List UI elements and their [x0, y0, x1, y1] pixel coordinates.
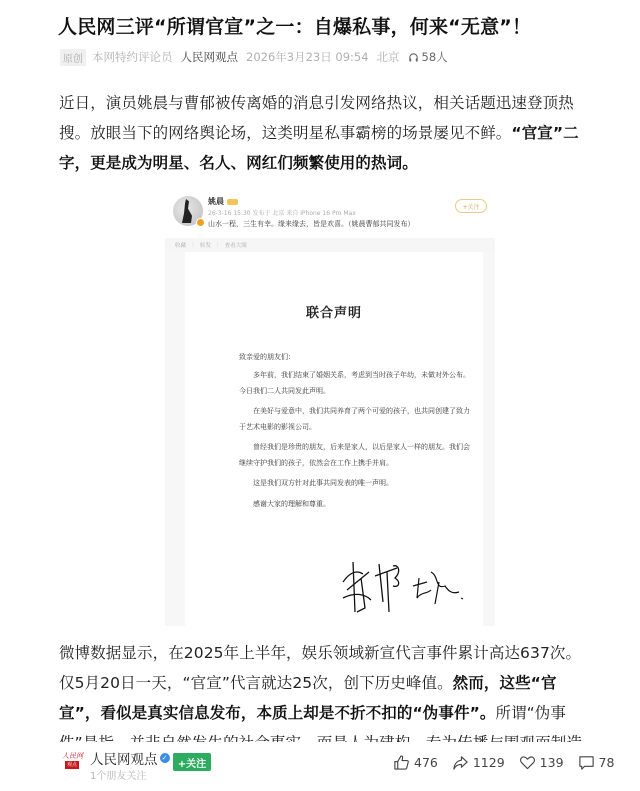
member-level-icon [227, 199, 238, 205]
statement-paragraph: 这是我们双方针对此事共同发表的唯一声明。 [239, 476, 475, 492]
paragraph-text: 近日，演员姚晨与曹郁被传离婚的消息引发网络热议，相关话题迅速登顶热搜。放眼当下的… [59, 94, 574, 142]
statement-paragraph: 曾经我们是珍贵的朋友，后来是家人，以后是家人一样的朋友。我们会继续守护我们的孩子… [239, 440, 475, 471]
listener-count: 58人 [422, 49, 448, 65]
publish-datetime: 2026年3月23日 09:54 [246, 49, 369, 65]
logo-text: 人民网 [62, 752, 82, 761]
account-name-text: 人民网观点 [90, 748, 158, 768]
favorite-count: 139 [540, 755, 564, 770]
like-count: 476 [414, 755, 438, 770]
article-paragraph-container: 微博数据显示，在2025年上半年，娱乐领域新宣代言事件累计高达637次。仅5月2… [0, 634, 640, 742]
verified-badge-icon [196, 218, 205, 227]
share-count: 1129 [473, 755, 505, 770]
weibo-follow-button: +关注 [455, 199, 487, 213]
statement-paragraph: 感谢大家的理解和尊重。 [239, 497, 475, 513]
author-link[interactable]: 人民网观点 [181, 49, 239, 65]
like-button[interactable]: 476 [393, 754, 438, 771]
thumbs-up-icon [393, 754, 410, 771]
view-large-action: 查看大图 [225, 241, 247, 249]
author-action-bar: 人民网 观点 人民网观点 ✓ 1个朋友关注 +关注 476 1129 139 7… [0, 742, 640, 791]
engagement-stats: 476 1129 139 78 [393, 754, 628, 771]
publish-location: 北京 [377, 49, 400, 65]
statement-title: 联合声明 [185, 302, 483, 321]
comment-bubble-icon [578, 754, 595, 771]
article-meta: 原创 本网特约评论员 人民网观点 2026年3月23日 09:54 北京 58人 [60, 48, 448, 66]
favorite-button[interactable]: 139 [519, 754, 564, 771]
listen-button[interactable]: 58人 [408, 49, 448, 65]
article-paragraph: 近日，演员姚晨与曹郁被传离婚的消息引发网络热议，相关话题迅速登顶热搜。放眼当下的… [59, 88, 587, 178]
heart-icon [519, 754, 536, 771]
repost-action: 转发 [200, 241, 211, 249]
share-arrow-icon [452, 754, 469, 771]
weibo-post-meta: 26-3-16 15:30 发布于 北京 来自 iPhone 16 Pro Ma… [208, 208, 356, 217]
weibo-post-text: 山水一程，三生有幸。缘来缘去，皆是欢喜。（姚晨曹郁共同发布） [208, 219, 415, 229]
original-badge: 原创 [60, 49, 86, 66]
weibo-username-text: 姚晨 [208, 196, 224, 207]
article-title: 人民网三评“所谓官宣”之一：自爆私事，何来“无意”！ [58, 15, 618, 39]
handwritten-signature [335, 542, 475, 622]
author-role: 本网特约评论员 [92, 49, 173, 65]
comment-button[interactable]: 78 [578, 754, 615, 771]
comment-count: 78 [599, 755, 615, 770]
statement-greeting: 致亲爱的朋友们： [239, 352, 295, 362]
weibo-image-actions: 收藏| 转发| 查看大图 [165, 238, 495, 252]
account-logo[interactable]: 人民网 观点 [62, 752, 82, 772]
follow-button[interactable]: +关注 [173, 753, 211, 771]
joint-statement-document: 联合声明 致亲爱的朋友们： 多年前，我们结束了婚姻关系，考虑到当时孩子年幼，未做… [185, 252, 483, 626]
collect-action: 收藏 [175, 241, 186, 249]
article-paragraph: 微博数据显示，在2025年上半年，娱乐领域新宣代言事件累计高达637次。仅5月2… [59, 638, 587, 742]
statement-paragraph: 多年前，我们结束了婚姻关系，考虑到当时孩子年幼，未做对外公布。今日我们二人共同发… [239, 368, 475, 399]
embedded-weibo-screenshot[interactable]: 姚晨 26-3-16 15:30 发布于 北京 来自 iPhone 16 Pro… [165, 190, 495, 626]
logo-badge: 观点 [65, 761, 79, 769]
account-name[interactable]: 人民网观点 ✓ [90, 748, 170, 768]
statement-image-background: 联合声明 致亲爱的朋友们： 多年前，我们结束了婚姻关系，考虑到当时孩子年幼，未做… [165, 252, 495, 626]
friends-following-hint: 1个朋友关注 [90, 767, 146, 782]
weibo-username: 姚晨 [208, 196, 238, 207]
statement-body: 多年前，我们结束了婚姻关系，考虑到当时孩子年幼，未做对外公布。今日我们二人共同发… [239, 368, 475, 517]
statement-paragraph: 在美好与爱意中，我们共同养育了两个可爱的孩子，也共同创建了致力于艺术电影的影视公… [239, 404, 475, 435]
verified-check-icon: ✓ [160, 753, 170, 763]
headphones-icon [408, 52, 419, 63]
share-button[interactable]: 1129 [452, 754, 505, 771]
